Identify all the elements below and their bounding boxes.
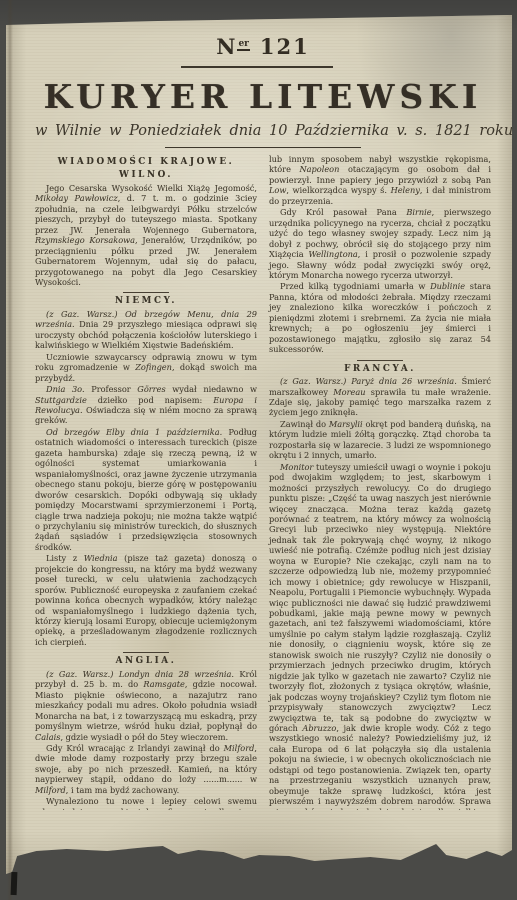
newspaper-page: Ner121 KURYER LITEWSKI w Wilnie w Ponied… bbox=[6, 0, 512, 884]
article-paragraph: Dnia 3o. Professor Görres wydał niedawno… bbox=[35, 384, 257, 426]
section-divider-rule bbox=[123, 652, 169, 653]
article-paragraph: Gdy Król pasował Pana Birnie, pierwszego… bbox=[269, 207, 491, 280]
section-heading: WILNO. bbox=[35, 170, 257, 180]
left-column: WIADOMOŚCI KRAJOWE.WILNO.Jego Cesarska W… bbox=[35, 154, 257, 810]
paragraph-dateline-lead: (z Gaz. Warsz.) Paryż dnia 26 września. bbox=[280, 376, 462, 386]
article-paragraph: Wynaleziono tu nowe i lepiey celowi swem… bbox=[35, 796, 257, 810]
article-paragraph: lub innym sposobem nabył wszystkie rękop… bbox=[269, 154, 491, 206]
italic-proper-noun: Monitor bbox=[280, 462, 313, 472]
scan-artifact-mark bbox=[11, 872, 18, 895]
italic-proper-noun: Moreau bbox=[333, 387, 365, 397]
italic-proper-noun: Birnie bbox=[406, 207, 431, 217]
article-paragraph: Przed kilką tygodniami umarła w Dublinie… bbox=[269, 281, 491, 354]
italic-proper-noun: Milford bbox=[35, 785, 66, 795]
article-paragraph: Listy z Wiednia (pisze taż gazeta) donos… bbox=[35, 553, 257, 647]
section-heading: NIEMCY. bbox=[35, 296, 257, 306]
italic-proper-noun: Stuttgardzie bbox=[35, 395, 87, 405]
italic-proper-noun: Abruzzo bbox=[302, 723, 336, 733]
italic-proper-noun: Rzymskiego Korsakowa bbox=[35, 235, 135, 245]
paragraph-dateline-lead: (z Gaz. Warsz.) Od brzegów Menu, dnia 29… bbox=[35, 309, 257, 329]
masthead-dateline: w Wilnie w Poniedziałek dnia 10 Paździer… bbox=[35, 123, 491, 139]
right-column: lub innym sposobem nabył wszystkie rękop… bbox=[269, 154, 491, 810]
issue-label: N bbox=[216, 34, 237, 59]
masthead-rule-top bbox=[181, 66, 333, 68]
italic-proper-noun: Marsylii bbox=[329, 419, 363, 429]
italic-proper-noun: Napoleon bbox=[300, 164, 340, 174]
article-paragraph: Monitor tuteyszy umieścił uwagi o woynie… bbox=[269, 462, 491, 810]
italic-proper-noun: Heleny bbox=[391, 185, 420, 195]
article-paragraph: Od brzegów Elby dnia 1 października. Pod… bbox=[35, 427, 257, 552]
issue-number-line: Ner121 bbox=[35, 34, 491, 59]
article-paragraph: (z Gaz. Warsz.) Od brzegów Menu, dnia 29… bbox=[35, 309, 257, 351]
article-paragraph: Uczniowie szwaycarscy odprawią znowu w t… bbox=[35, 352, 257, 383]
paragraph-dateline-lead: Od brzegów Elby dnia 1 października. bbox=[46, 427, 228, 437]
italic-proper-noun: Görres bbox=[137, 384, 165, 394]
italic-proper-noun: Wellingtona bbox=[308, 249, 357, 259]
section-divider-rule bbox=[357, 360, 403, 361]
italic-proper-noun: Low bbox=[269, 185, 286, 195]
newspaper-title: KURYER LITEWSKI bbox=[35, 77, 491, 116]
italic-proper-noun: Milford bbox=[224, 743, 255, 753]
section-heading: FRANCYA. bbox=[269, 364, 491, 374]
italic-proper-noun: Dublinie bbox=[430, 281, 465, 291]
issue-superscript: er bbox=[237, 39, 249, 51]
italic-proper-noun: Mikołay Pawłowicz bbox=[35, 193, 118, 203]
masthead: Ner121 KURYER LITEWSKI w Wilnie w Ponied… bbox=[35, 34, 491, 148]
italic-proper-noun: Zofingen bbox=[135, 362, 172, 372]
paragraph-dateline-lead: (z Gaz. Warsz.) Londyn dnia 28 września. bbox=[46, 669, 239, 679]
article-paragraph: (z Gaz. Warsz.) Paryż dnia 26 września. … bbox=[269, 376, 491, 418]
italic-proper-noun: Calais bbox=[35, 732, 60, 742]
article-paragraph: Jego Cesarska Wysokość Wielki Xiążę Jego… bbox=[35, 183, 257, 288]
article-paragraph: (z Gaz. Warsz.) Londyn dnia 28 września.… bbox=[35, 669, 257, 742]
scanner-background: Ner121 KURYER LITEWSKI w Wilnie w Ponied… bbox=[0, 0, 517, 900]
masthead-rule-bottom bbox=[165, 147, 361, 148]
page-content: Ner121 KURYER LITEWSKI w Wilnie w Ponied… bbox=[6, 0, 512, 810]
paragraph-dateline-lead: Dnia 3o. bbox=[46, 384, 91, 394]
article-paragraph: Gdy Król wracając z Irlandyi zawinął do … bbox=[35, 743, 257, 795]
italic-proper-noun: Ramsgate bbox=[143, 679, 184, 689]
section-divider-rule bbox=[123, 292, 169, 293]
article-paragraph: Zawinął do Marsylii okręt pod banderą du… bbox=[269, 419, 491, 461]
italic-proper-noun: Wiednia bbox=[84, 553, 118, 563]
newspaper-body: WIADOMOŚCI KRAJOWE.WILNO.Jego Cesarska W… bbox=[35, 154, 491, 810]
section-heading: WIADOMOŚCI KRAJOWE. bbox=[35, 157, 257, 167]
issue-number: 121 bbox=[260, 34, 310, 59]
section-heading: ANGLIA. bbox=[35, 656, 257, 666]
